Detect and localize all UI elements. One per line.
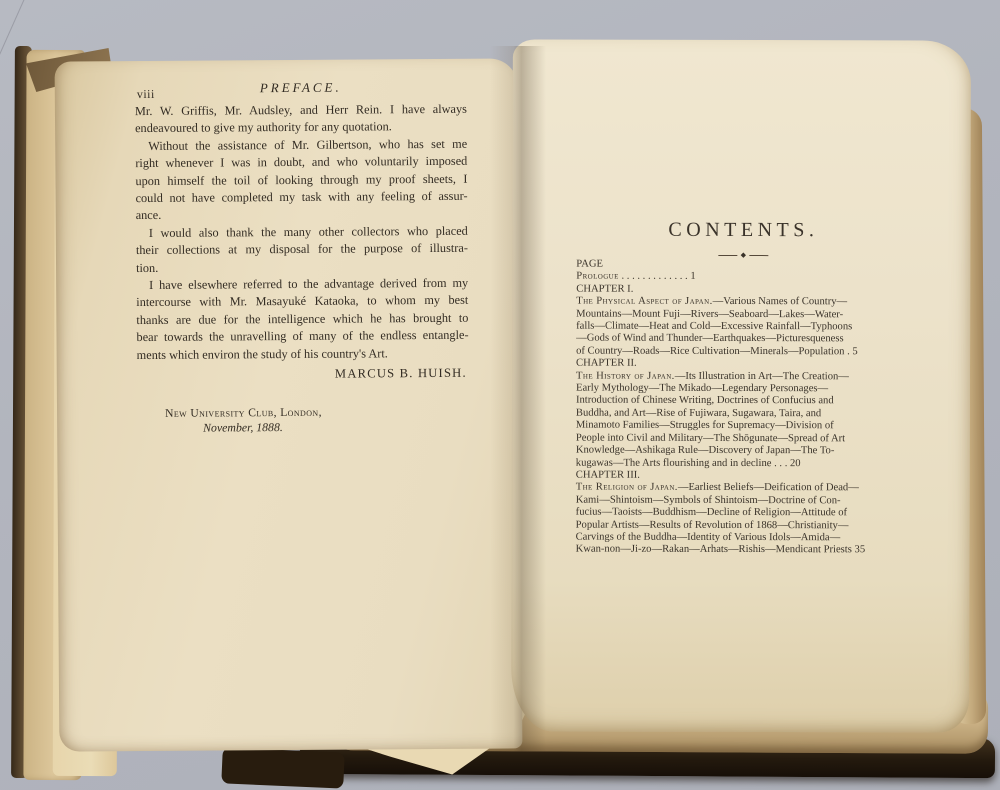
page-column-label: PAGE: [576, 259, 910, 272]
chapter-heading: CHAPTER I.: [576, 283, 910, 296]
entry-last-text: Kwan-non—Ji-zo—Rakan—Arhats—Rishis—Mendi…: [576, 544, 852, 556]
entry-first-line: The Religion of Japan.—Earliest Beliefs—…: [576, 482, 910, 495]
author-signature: MARCUS B. HUISH.: [137, 365, 469, 385]
preface-paragraph: Without the assistance of Mr. Gilbertson…: [135, 136, 468, 225]
page-number: 35: [855, 545, 866, 556]
entry-lead: The History of Japan.: [576, 370, 675, 381]
rule-left: [719, 255, 738, 256]
text-line: —Gods of Wind and Thunder—Earthquakes—Pi…: [576, 333, 910, 346]
text-line: bear towards the unravelling of many of …: [136, 327, 468, 347]
text-line: falls—Climate—Heat and Cold—Excessive Ra…: [576, 321, 910, 334]
preface-running-head: PREFACE.: [135, 75, 467, 98]
text-line: Popular Artists—Results of Revolution of…: [576, 519, 910, 532]
contents-entry: The Religion of Japan.—Earliest Beliefs—…: [576, 482, 910, 557]
rule-right: [749, 255, 768, 256]
text-line: Carvings of the Buddha—Identity of Vario…: [576, 532, 910, 545]
imprint: New University Club, London, November, 1…: [137, 403, 469, 436]
folio-number: viii: [137, 86, 155, 104]
entry-lead-rest: —Its Illustration in Art—The Creation—: [675, 370, 849, 381]
text-line: intercourse with Mr. Masayuké Kataoka, t…: [136, 292, 468, 312]
preface-paragraph: Mr. W. Griffis, Mr. Audsley, and Herr Re…: [135, 101, 467, 138]
entry-last-line: of Country—Roads—Rice Cultivation—Minera…: [576, 345, 910, 358]
entry-first-line: The Physical Aspect of Japan.—Various Na…: [576, 296, 910, 309]
left-page-header: viii PREFACE.: [135, 75, 467, 103]
text-line: ments which environ the study of his cou…: [137, 344, 469, 364]
chapter-heading: CHAPTER II.: [576, 358, 910, 371]
entry-body: Early Mythology—The Mikado—Legendary Per…: [576, 383, 910, 458]
entry-lead-rest: —Earliest Beliefs—Deification of Dead—: [678, 482, 859, 493]
entry-last-text: of Country—Roads—Rice Cultivation—Minera…: [576, 345, 850, 357]
text-line: Introduction of Chinese Writing, Doctrin…: [576, 395, 910, 408]
text-line: Knowledge—Ashikaga Rule—Discovery of Jap…: [576, 445, 910, 458]
prologue-label: Prologue: [576, 271, 619, 282]
preface-paragraph: I would also thank the many other collec…: [136, 223, 468, 278]
left-page: viii PREFACE. Mr. W. Griffis, Mr. Audsle…: [55, 58, 523, 751]
chapter-heading: CHAPTER III.: [576, 469, 910, 482]
right-page: CONTENTS. ◆ PAGE Prologue . . . . . . . …: [511, 39, 971, 732]
text-line: Minamoto Families—Struggles for Supremac…: [576, 420, 910, 433]
text-line: Mr. W. Griffis, Mr. Audsley, and Herr Re…: [135, 101, 467, 121]
entry-last-line: kugawas—The Arts flourishing and in decl…: [576, 457, 910, 470]
dot-leader: . . . . . . . . . . . . .: [621, 271, 687, 282]
page-number: 1: [690, 271, 695, 282]
entry-first-line: The History of Japan.—Its Illustration i…: [576, 370, 910, 383]
text-line: Mountains—Mount Fuji—Rivers—Seaboard—Lak…: [576, 308, 910, 321]
entry-lead: The Religion of Japan.: [576, 482, 678, 493]
entry-last-text: kugawas—The Arts flourishing and in decl…: [576, 457, 772, 469]
text-line: right whenever I was in doubt, and who v…: [135, 153, 467, 173]
text-line: Buddha, and Art—Rise of Fujiwara, Sugawa…: [576, 407, 910, 420]
diamond-icon: ◆: [741, 252, 746, 259]
entry-body: Kami—Shintoism—Symbols of Shintoism—Doct…: [576, 494, 910, 544]
text-line: their collections at my disposal for the…: [136, 240, 468, 260]
text-line: fucius—Taoists—Buddhism—Decline of Relig…: [576, 507, 910, 520]
text-line: People into Civil and Military—The Shōgu…: [576, 432, 910, 445]
shadow-fragment: [221, 747, 344, 788]
contents-text-block: CONTENTS. ◆ PAGE Prologue . . . . . . . …: [576, 218, 911, 558]
contents-title: CONTENTS.: [576, 218, 910, 243]
preface-paragraph: I have elsewhere referred to the advanta…: [136, 275, 469, 364]
text-line: Early Mythology—The Mikado—Legendary Per…: [576, 383, 910, 396]
entry-last-line: Kwan-non—Ji-zo—Rakan—Arhats—Rishis—Mendi…: [576, 544, 910, 557]
page-number: 20: [790, 458, 801, 469]
entry-lead-rest: —Various Names of Country—: [713, 296, 847, 307]
preface-text-block: viii PREFACE. Mr. W. Griffis, Mr. Audsle…: [135, 75, 470, 437]
entry-body: Mountains—Mount Fuji—Rivers—Seaboard—Lak…: [576, 308, 910, 346]
gutter-shadow: [490, 46, 546, 752]
imprint-date-line: November, 1888.: [137, 419, 469, 437]
entry-lead: The Physical Aspect of Japan.: [576, 296, 712, 307]
contents-entry: The History of Japan.—Its Illustration i…: [576, 370, 910, 470]
text-line: could not have completed my task with an…: [135, 188, 467, 208]
dot-leader: . . .: [774, 458, 787, 469]
book-photograph: { "photo": { "backdrop_color": "#b2b5be"…: [0, 0, 1000, 790]
contents-entry: The Physical Aspect of Japan.—Various Na…: [576, 296, 910, 359]
prologue-row: Prologue . . . . . . . . . . . . . 1: [576, 271, 910, 284]
page-number: 5: [852, 346, 857, 357]
text-line: Kami—Shintoism—Symbols of Shintoism—Doct…: [576, 494, 910, 507]
